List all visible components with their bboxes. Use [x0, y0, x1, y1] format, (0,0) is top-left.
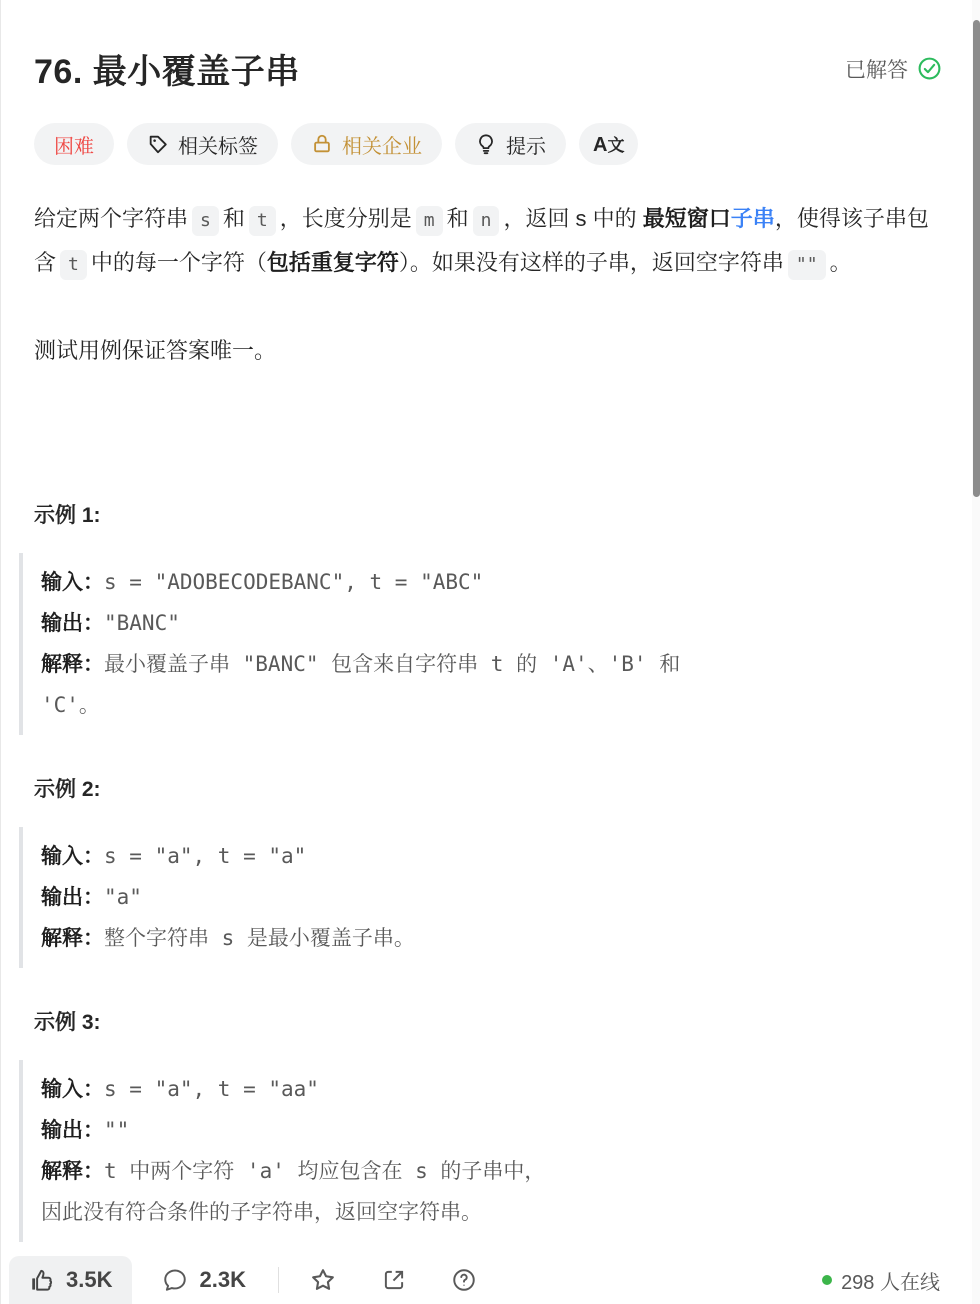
help-button[interactable] [451, 1267, 477, 1293]
comment-count: 2.3K [199, 1267, 245, 1293]
example-2-output-line: 输出："a" [41, 877, 940, 918]
problem-header: 76. 最小覆盖子串 已解答 [1, 0, 980, 93]
description-paragraph-1: 给定两个字符串s和t，长度分别是m和n，返回 s 中的 最短窗口子串，使得该子串… [34, 197, 938, 285]
scrollbar-thumb[interactable] [973, 20, 980, 497]
bold-shortest-window: 最短窗口 [643, 206, 731, 231]
comment-bubble-icon [162, 1267, 188, 1293]
example-1-block: 输入：s = "ADOBECODEBANC", t = "ABC"输出："BAN… [19, 553, 940, 735]
related-companies-button[interactable]: 相关企业 [291, 123, 442, 165]
problem-description: 给定两个字符串s和t，长度分别是m和n，返回 s 中的 最短窗口子串，使得该子串… [1, 165, 980, 373]
example-3-block: 输入：s = "a", t = "aa"输出：""解释：t 中两个字符 'a' … [19, 1060, 940, 1242]
code-t: t [249, 206, 276, 236]
translate-icon: A文 [593, 131, 624, 157]
description-paragraph-2: 测试用例保证答案唯一。 [34, 329, 938, 373]
example-1-heading: 示例 1: [34, 499, 980, 529]
bottom-toolbar: 3.5K 2.3K [1, 1256, 980, 1304]
share-button[interactable] [381, 1267, 407, 1293]
scrollbar-track[interactable] [972, 0, 980, 1304]
code-empty-string: "" [788, 250, 826, 280]
favorite-star-button[interactable] [309, 1266, 337, 1294]
comments-button[interactable]: 2.3K [162, 1267, 245, 1293]
tag-icon [147, 133, 169, 155]
hint-button[interactable]: 提示 [455, 123, 566, 165]
difficulty-label: 困难 [54, 130, 94, 159]
tag-pills-row: 困难 相关标签 相关企业 提示 A文 [1, 93, 980, 165]
example-3-output-line: 输出："" [41, 1110, 940, 1151]
lightbulb-icon [475, 133, 497, 155]
substring-link[interactable]: 子串 [731, 206, 775, 231]
page-title: 76. 最小覆盖子串 [34, 44, 300, 93]
example-1-input-line: 输入：s = "ADOBECODEBANC", t = "ABC" [41, 562, 940, 603]
related-tags-label: 相关标签 [178, 130, 258, 159]
example-1-explain-line: 解释：最小覆盖子串 "BANC" 包含来自字符串 t 的 'A'、'B' 和 '… [41, 644, 940, 726]
thumbs-up-icon [29, 1267, 55, 1293]
example-3-heading: 示例 3: [34, 1006, 980, 1036]
example-3-explain-line: 解释：t 中两个字符 'a' 均应包含在 s 的子串中， 因此没有符合条件的子字… [41, 1151, 940, 1233]
example-2-explain-line: 解释：整个字符串 s 是最小覆盖子串。 [41, 918, 940, 959]
difficulty-badge: 困难 [34, 123, 114, 165]
share-external-icon [381, 1267, 407, 1293]
solved-status-badge: 已解答 [845, 54, 942, 84]
like-button[interactable]: 3.5K [9, 1256, 132, 1304]
example-2-input-line: 输入：s = "a", t = "a" [41, 836, 940, 877]
example-1-output-line: 输出："BANC" [41, 603, 940, 644]
lock-icon [311, 133, 333, 155]
translate-toggle-button[interactable]: A文 [579, 123, 638, 165]
online-dot-icon [822, 1275, 832, 1285]
online-count: 298 人在线 [841, 1266, 940, 1295]
star-icon [309, 1266, 337, 1294]
bold-including-duplicates: 包括重复字符 [267, 250, 399, 275]
example-3-input-line: 输入：s = "a", t = "aa" [41, 1069, 940, 1110]
solved-label: 已解答 [845, 54, 908, 84]
code-m: m [416, 206, 443, 236]
related-companies-label: 相关企业 [342, 130, 422, 159]
related-tags-button[interactable]: 相关标签 [127, 123, 278, 165]
code-n: n [473, 206, 500, 236]
code-t2: t [60, 250, 87, 280]
hint-label: 提示 [506, 130, 546, 159]
like-count: 3.5K [66, 1267, 112, 1293]
code-s: s [192, 206, 219, 236]
toolbar-divider [278, 1267, 279, 1293]
online-status: 298 人在线 [822, 1266, 980, 1295]
check-circle-icon [917, 56, 942, 81]
example-2-heading: 示例 2: [34, 773, 980, 803]
question-circle-icon [451, 1267, 477, 1293]
example-2-block: 输入：s = "a", t = "a"输出："a"解释：整个字符串 s 是最小覆… [19, 827, 940, 968]
